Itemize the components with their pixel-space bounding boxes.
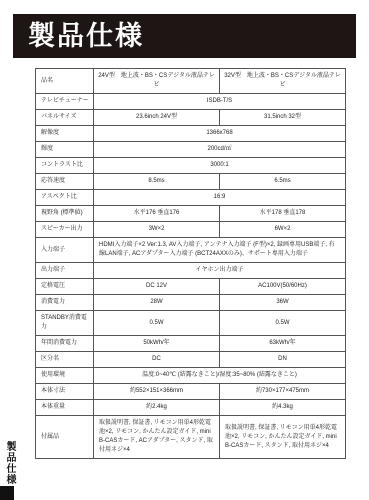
spec-value-right: 32V型 地上波・BS・CSデジタル液晶テレビ	[220, 69, 346, 94]
spec-row: 品名24V型 地上波・BS・CSデジタル液晶テレビ32V型 地上波・BS・CSデ…	[36, 69, 346, 94]
spec-label: 入力端子	[36, 238, 94, 263]
page-title: 製品仕様	[28, 23, 144, 50]
spec-row: 視野角 (標準値)水平176 垂直176水平178 垂直178	[36, 206, 346, 222]
spec-row: 輝度200cd/㎡	[36, 142, 346, 158]
spec-value: 1366x768	[94, 126, 346, 142]
spec-value-left: 約552×151×366mm	[94, 384, 220, 400]
side-tab-label: 製品仕様	[2, 441, 17, 485]
spec-label: 定格電圧	[36, 279, 94, 295]
spec-label: 品名	[36, 69, 94, 94]
spec-row: 使用環境温度:0~40℃ (結露なきこと)/湿度:35~80% (結露なきこと)	[36, 368, 346, 384]
spec-row: 区分名DCDN	[36, 352, 346, 368]
spec-value-right: 取扱説明書, 保証書, リモコン用単4形乾電池×2, リモコン, かんたん設定ガ…	[220, 416, 346, 459]
spec-value: 3000:1	[94, 158, 346, 174]
spec-value: ISDB-T/S	[94, 94, 346, 110]
section-header-bar: 製品仕様	[13, 14, 356, 58]
spec-row: 消費電力28W36W	[36, 295, 346, 311]
spec-value-left: 約2.4kg	[94, 400, 220, 416]
spec-label: 付属品	[36, 416, 94, 459]
spec-value-right: 63kWh/年	[220, 336, 346, 352]
spec-label: コントラスト比	[36, 158, 94, 174]
spec-value-right: 水平178 垂直178	[220, 206, 346, 222]
spec-label: 応答速度	[36, 174, 94, 190]
spec-value: 温度:0~40℃ (結露なきこと)/湿度:35~80% (結露なきこと)	[94, 368, 346, 384]
spec-row: 出力端子イヤホン出力端子	[36, 263, 346, 279]
spec-value-right: 6.5ms	[220, 174, 346, 190]
spec-row: 応答速度8.5ms6.5ms	[36, 174, 346, 190]
spec-row: スピーカー出力3W×26W×2	[36, 222, 346, 238]
spec-value-right: 約4.3kg	[220, 400, 346, 416]
spec-value-left: 3W×2	[94, 222, 220, 238]
spec-value-left: 取扱説明書, 保証書, リモコン用単4形乾電池×2, リモコン, かんたん設定ガ…	[94, 416, 220, 459]
product-spec-table: 品名24V型 地上波・BS・CSデジタル液晶テレビ32V型 地上波・BS・CSデ…	[35, 68, 346, 459]
spec-row: 入力端子HDMI入力端子×2 Ver:1.3, AV入力端子, アンテナ入力端子…	[36, 238, 346, 263]
spec-row: コントラスト比3000:1	[36, 158, 346, 174]
spec-row: アスペクト比16:9	[36, 190, 346, 206]
spec-value-left: 8.5ms	[94, 174, 220, 190]
spec-label: 本体寸法	[36, 384, 94, 400]
spec-label: スピーカー出力	[36, 222, 94, 238]
spec-label: 区分名	[36, 352, 94, 368]
spec-value-left: 24V型 地上波・BS・CSデジタル液晶テレビ	[94, 69, 220, 94]
spec-row: 本体重量約2.4kg約4.3kg	[36, 400, 346, 416]
spec-label: 消費電力	[36, 295, 94, 311]
spec-value-right: 約730×177×475mm	[220, 384, 346, 400]
spec-value: イヤホン出力端子	[94, 263, 346, 279]
spec-value: HDMI入力端子×2 Ver:1.3, AV入力端子, アンテナ入力端子 (F型…	[94, 238, 346, 263]
spec-value-left: 水平176 垂直176	[94, 206, 220, 222]
spec-row: テレビチューナーISDB-T/S	[36, 94, 346, 110]
side-tab-marker	[0, 486, 14, 500]
spec-value-left: DC	[94, 352, 220, 368]
spec-value: 200cd/㎡	[94, 142, 346, 158]
spec-value-left: 23.6inch 24V型	[94, 110, 220, 126]
spec-label: アスペクト比	[36, 190, 94, 206]
spec-label: 年間消費電力	[36, 336, 94, 352]
spec-sheet-page: 製品仕様 品名24V型 地上波・BS・CSデジタル液晶テレビ32V型 地上波・B…	[0, 0, 369, 500]
spec-value-right: 6W×2	[220, 222, 346, 238]
spec-label: 出力端子	[36, 263, 94, 279]
spec-label: STANDBY消費電力	[36, 311, 94, 336]
spec-label: テレビチューナー	[36, 94, 94, 110]
spec-label: 使用環境	[36, 368, 94, 384]
spec-label: 輝度	[36, 142, 94, 158]
spec-label: パネルサイズ	[36, 110, 94, 126]
spec-value-left: 28W	[94, 295, 220, 311]
spec-row: 本体寸法約552×151×366mm約730×177×475mm	[36, 384, 346, 400]
spec-label: 本体重量	[36, 400, 94, 416]
spec-row: 定格電圧DC 12VAC100V(50/60Hz)	[36, 279, 346, 295]
spec-value-right: AC100V(50/60Hz)	[220, 279, 346, 295]
spec-value-right: 36W	[220, 295, 346, 311]
spec-table-body: 品名24V型 地上波・BS・CSデジタル液晶テレビ32V型 地上波・BS・CSデ…	[36, 69, 346, 459]
spec-row: 付属品取扱説明書, 保証書, リモコン用単4形乾電池×2, リモコン, かんたん…	[36, 416, 346, 459]
spec-value-right: 0.5W	[220, 311, 346, 336]
spec-value-left: 50kWh/年	[94, 336, 220, 352]
spec-value-right: DN	[220, 352, 346, 368]
spec-value: 16:9	[94, 190, 346, 206]
spec-label: 視野角 (標準値)	[36, 206, 94, 222]
spec-value-left: 0.5W	[94, 311, 220, 336]
spec-value-left: DC 12V	[94, 279, 220, 295]
spec-value-right: 31.5inch 32型	[220, 110, 346, 126]
spec-row: STANDBY消費電力0.5W0.5W	[36, 311, 346, 336]
spec-label: 解像度	[36, 126, 94, 142]
spec-row: 年間消費電力50kWh/年63kWh/年	[36, 336, 346, 352]
spec-row: 解像度1366x768	[36, 126, 346, 142]
spec-row: パネルサイズ23.6inch 24V型31.5inch 32型	[36, 110, 346, 126]
